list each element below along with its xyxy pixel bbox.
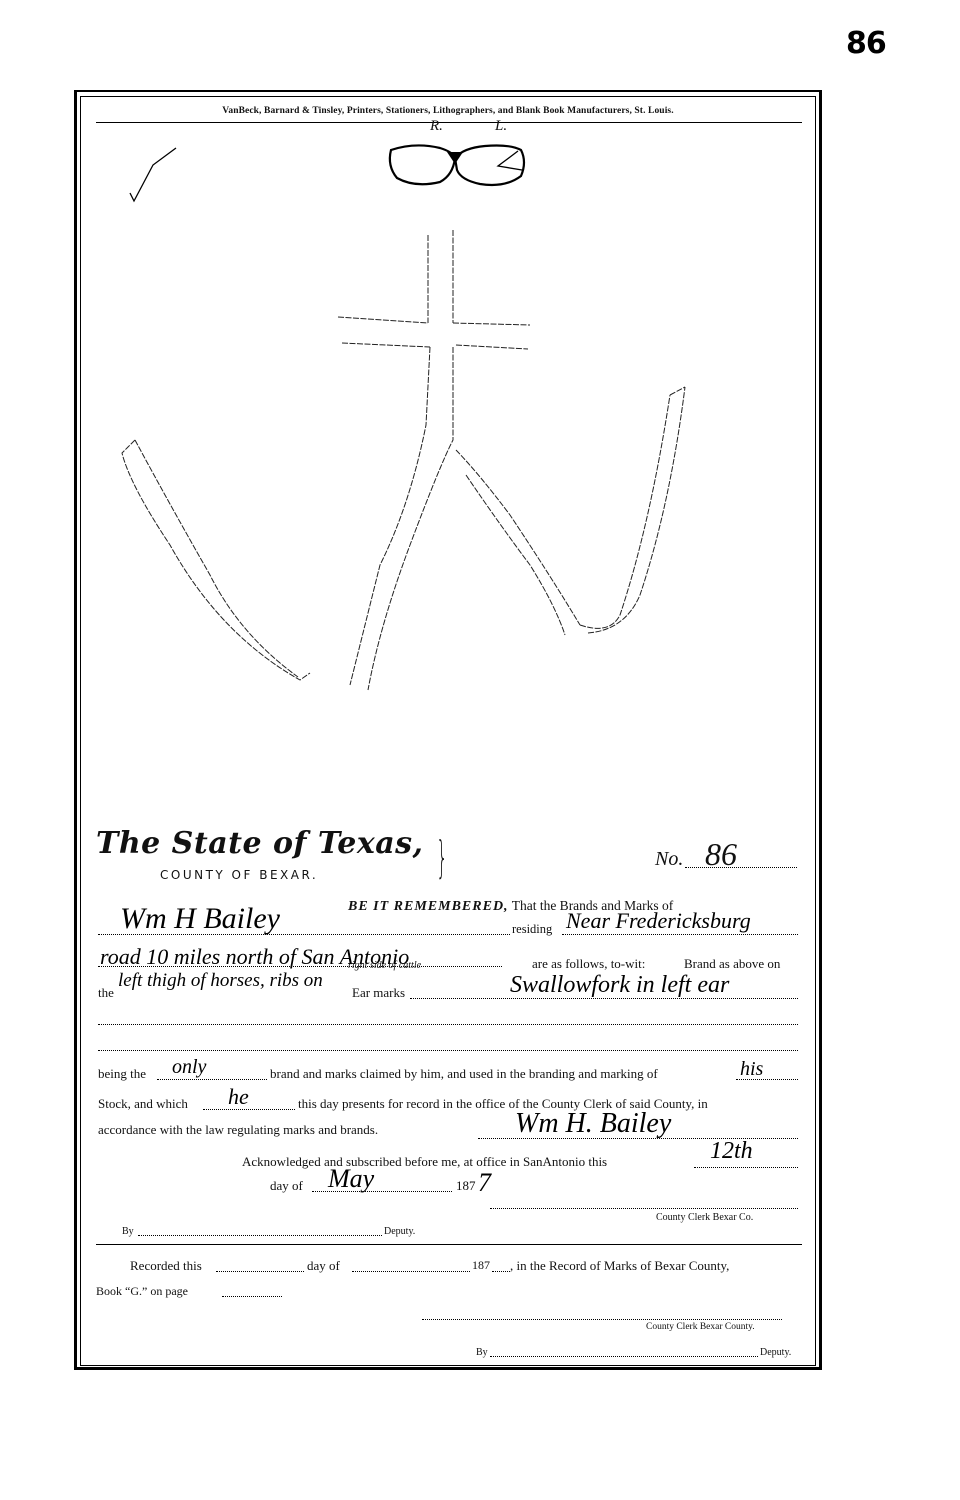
he-value: he	[228, 1084, 249, 1110]
recording-clerk-line	[422, 1319, 782, 1320]
residence: Near Fredericksburg	[566, 908, 751, 934]
by-line	[138, 1235, 382, 1236]
book-text: Book “G.” on page	[96, 1284, 188, 1299]
by-label: By	[122, 1226, 134, 1237]
printer-imprint: VanBeck, Barnard & Tinsley, Printers, St…	[98, 106, 798, 116]
owner-name: Wm H Bailey	[120, 902, 280, 936]
blank-line-1	[98, 1024, 798, 1025]
ears-icon	[385, 130, 535, 195]
year-prefix: 187	[456, 1178, 476, 1194]
recording-deputy-label: Deputy.	[760, 1347, 791, 1358]
acknowledged-text: Acknowledged and subscribed before me, a…	[242, 1154, 607, 1170]
ear-marks-value: Swallowfork in left ear	[510, 972, 729, 999]
residing-label: residing	[512, 922, 552, 937]
section-divider	[96, 1244, 802, 1245]
recording-clerk-label: County Clerk Bexar County.	[646, 1322, 755, 1332]
deputy-label: Deputy.	[384, 1226, 415, 1237]
year-suffix: 7	[478, 1168, 491, 1198]
being-the-label: being the	[98, 1066, 146, 1082]
page-number: 86	[846, 26, 886, 61]
state-title: The State of Texas,	[96, 826, 424, 861]
ear-left-label: L.	[495, 118, 507, 135]
residence-line	[562, 934, 798, 935]
header-rule	[96, 122, 802, 123]
checkmark-icon	[118, 145, 188, 215]
accordance-text: accordance with the law regulating marks…	[98, 1122, 378, 1138]
be-it-remembered: BE IT REMEMBERED,	[348, 899, 509, 914]
ear-right-label: R.	[430, 118, 443, 135]
brand-text: Brand as above on	[684, 956, 780, 972]
brand-location: left thigh of horses, ribs on	[118, 970, 323, 992]
day-of-label: day of	[270, 1178, 303, 1194]
record-number-label: No.	[655, 848, 683, 871]
brand-drawing-icon	[110, 225, 730, 705]
record-number-line	[685, 867, 797, 868]
record-text: , in the Record of Marks of Bexar County…	[510, 1258, 729, 1274]
clerk-signature-line	[490, 1208, 798, 1209]
recorded-year-prefix: 187	[472, 1258, 490, 1273]
recorded-month-line	[352, 1271, 470, 1272]
owner-signature: Wm H. Bailey	[515, 1108, 671, 1140]
recorded-this-label: Recorded this	[130, 1258, 202, 1274]
ear-mark-diagram: R. L.	[385, 130, 535, 200]
he-line	[203, 1109, 295, 1110]
the-label: the	[98, 985, 114, 1001]
month-value: May	[328, 1164, 374, 1194]
brace: }	[436, 836, 447, 880]
blank-line-2	[98, 1050, 798, 1051]
only-value: only	[172, 1056, 206, 1079]
follows-text: are as follows, to-wit:	[532, 956, 645, 972]
recording-by-label: By	[476, 1347, 488, 1358]
recorded-day-line	[216, 1271, 304, 1272]
stock-text: Stock, and which	[98, 1096, 188, 1112]
recorded-day-of-label: day of	[307, 1258, 340, 1274]
book-page-line	[222, 1296, 282, 1297]
brand-location-insert: right side of cattle	[348, 960, 421, 971]
recording-by-line	[490, 1356, 758, 1357]
his-value: his	[740, 1058, 763, 1081]
record-number-value: 86	[705, 836, 737, 873]
county-label: COUNTY OF BEXAR.	[160, 868, 318, 882]
day-line	[694, 1167, 798, 1168]
day-value: 12th	[710, 1138, 753, 1165]
clerk-label: County Clerk Bexar Co.	[656, 1212, 753, 1223]
brand-claimed-text: brand and marks claimed by him, and used…	[270, 1066, 658, 1082]
recorded-year-line	[492, 1271, 510, 1272]
ear-marks-label: Ear marks	[352, 985, 405, 1001]
only-line	[157, 1079, 267, 1080]
